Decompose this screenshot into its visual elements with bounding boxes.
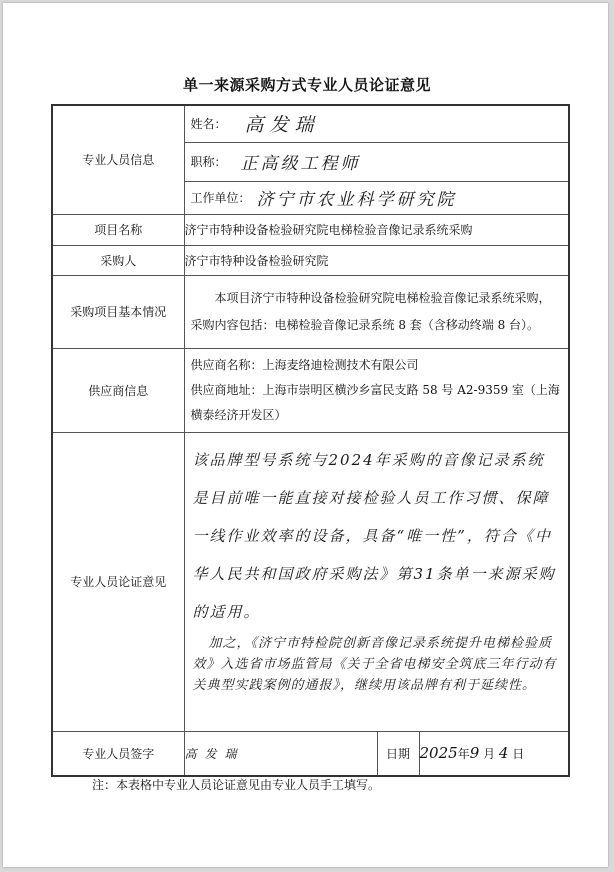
signature-handwritten: 高发瑞 [184,731,377,776]
unit-value-handwritten: 济宁市农业科学研究院 [257,185,457,210]
date-day-unit: 日 [512,747,524,761]
date-value: 2025年9 月 4 日 [419,731,569,776]
purchaser-value: 济宁市特种设备检验研究院 [184,245,569,275]
opinion-label: 专业人员论证意见 [52,432,184,731]
unit-label: 工作单位： [191,189,251,206]
document-title: 单一来源采购方式专业人员论证意见 [0,74,614,95]
expert-info-label: 专业人员信息 [52,105,184,214]
date-label: 日期 [377,731,419,776]
purchaser-label: 采购人 [52,245,184,275]
supplier-address: 供应商地址：上海市崇明区横沙乡富民支路 58 号 A2-9359 室（上海横泰经… [191,378,563,428]
date-month-unit: 月 [483,747,495,761]
date-month: 9 [470,744,480,762]
supplier-name: 供应商名称：上海麦络迪检测技术有限公司 [191,353,563,378]
supplier-row: 供应商信息 供应商名称：上海麦络迪检测技术有限公司 供应商地址：上海市崇明区横沙… [52,348,569,432]
basic-situation-label: 采购项目基本情况 [52,275,184,348]
name-label: 姓名： [191,115,227,132]
project-name-value: 济宁市特种设备检验研究院电梯检验音像记录系统采购 [184,214,569,245]
argument-form-table: 专业人员信息 姓名： 高发瑞 职称： 正高级工程师 工作单位： 济宁市农业科学研… [51,104,570,777]
footnote: 注：本表格中专业人员论证意见由专业人员手工填写。 [92,776,380,793]
opinion-paragraph-1-handwritten: 该品牌型号系统与2024年采购的音像记录系统是目前唯一能直接对接检验人员工作习惯… [193,441,561,631]
project-name-label: 项目名称 [52,214,184,245]
date-year: 2025 [420,744,458,762]
supplier-label: 供应商信息 [52,348,184,432]
opinion-paragraph-2-handwritten: 加之，《济宁市特检院创新音像记录系统提升电梯检验质效》入选省市场监管局《关于全省… [193,633,561,696]
name-value-handwritten: 高发瑞 [245,110,320,137]
expert-name-row: 专业人员信息 姓名： 高发瑞 [52,105,569,142]
date-year-unit: 年 [458,747,470,761]
signature-label: 专业人员签字 [52,731,184,776]
signature-row: 专业人员签字 高发瑞 日期 2025年9 月 4 日 [52,731,569,776]
project-name-row: 项目名称 济宁市特种设备检验研究院电梯检验音像记录系统采购 [52,214,569,245]
basic-situation-row: 采购项目基本情况 本项目济宁市特种设备检验研究院电梯检验音像记录系统采购，采购内… [52,275,569,348]
date-day: 4 [499,744,509,762]
title-label: 职称： [191,153,227,170]
opinion-row: 专业人员论证意见 该品牌型号系统与2024年采购的音像记录系统是目前唯一能直接对… [52,432,569,731]
purchaser-row: 采购人 济宁市特种设备检验研究院 [52,245,569,275]
title-value-handwritten: 正高级工程师 [241,149,361,174]
basic-situation-value: 本项目济宁市特种设备检验研究院电梯检验音像记录系统采购，采购内容包括：电梯检验音… [185,279,569,345]
